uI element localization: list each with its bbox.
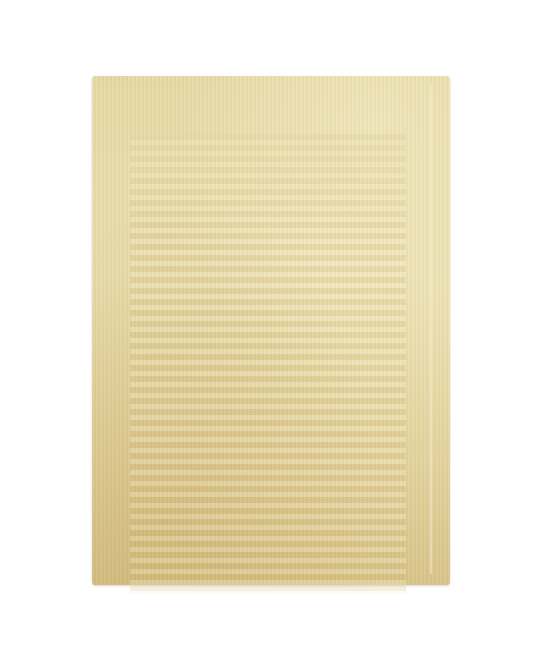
rug: [92, 76, 450, 585]
border-edge: [430, 84, 432, 574]
striped-field: [130, 134, 406, 594]
